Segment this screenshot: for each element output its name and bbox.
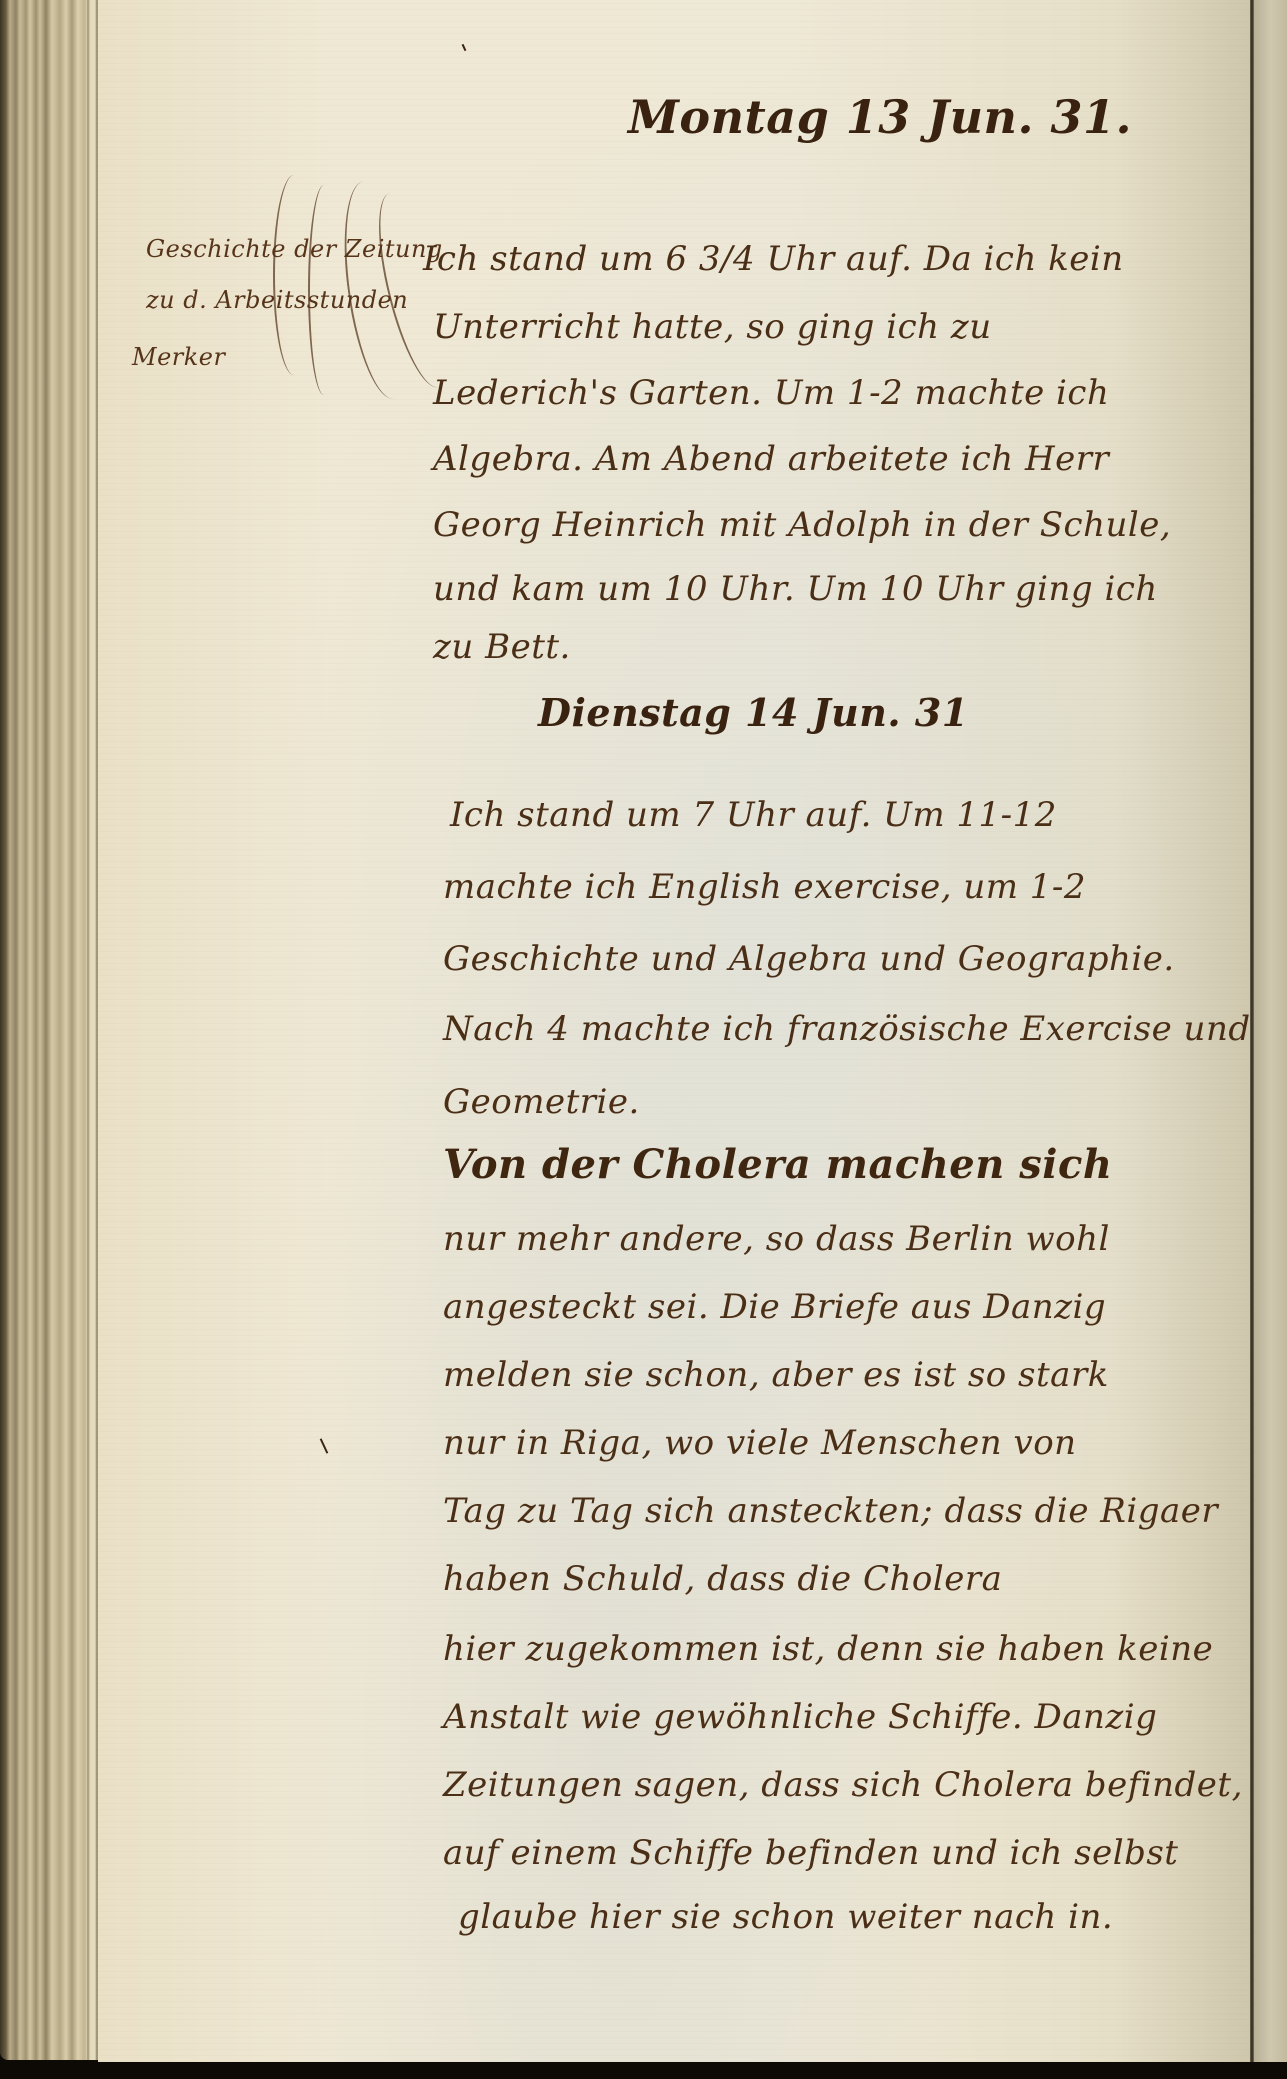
ink-speck	[320, 1438, 329, 1453]
book-page-edges	[0, 0, 100, 2060]
entry-line: haben Schuld, dass die Cholera	[443, 1562, 1002, 1596]
ink-speck	[462, 44, 467, 51]
entry-line: Zeitungen sagen, dass sich Cholera befin…	[443, 1768, 1243, 1802]
entry-line: machte ich English exercise, um 1-2	[443, 870, 1086, 904]
entry-heading: Dienstag 14 Jun. 31	[538, 690, 969, 735]
entry-line: Geschichte und Algebra und Geographie.	[443, 942, 1175, 976]
entry-line: Nach 4 machte ich französische Exercise …	[443, 1012, 1251, 1046]
entry-line: Geometrie.	[443, 1085, 640, 1119]
facing-page-edge	[1254, 0, 1287, 2062]
manuscript-scan: Geschichte der Zeitung zu d. Arbeitsstun…	[0, 0, 1287, 2079]
manuscript-leaf: Geschichte der Zeitung zu d. Arbeitsstun…	[98, 0, 1250, 2064]
entry-heading: Montag 13 Jun. 31.	[628, 90, 1132, 144]
entry-line: melden sie schon, aber es ist so stark	[443, 1358, 1109, 1392]
entry-line: hier zugekommen ist, denn sie haben kein…	[443, 1632, 1213, 1666]
entry-line: Tag zu Tag sich ansteckten; dass die Rig…	[443, 1494, 1218, 1528]
entry-line: zu Bett.	[433, 630, 571, 664]
entry-line-cholera: Von der Cholera machen sich	[443, 1148, 1112, 1182]
margin-note-line: Merker	[132, 345, 225, 369]
margin-note-line: Geschichte der Zeitung	[146, 237, 443, 261]
entry-line: Ich stand um 7 Uhr auf. Um 11-12	[450, 798, 1057, 832]
entry-line: Georg Heinrich mit Adolph in der Schule,	[433, 508, 1171, 542]
entry-line: und kam um 10 Uhr. Um 10 Uhr ging ich	[433, 572, 1158, 606]
entry-line: Anstalt wie gewöhnliche Schiffe. Danzig	[443, 1700, 1157, 1734]
entry-line: nur mehr andere, so dass Berlin wohl	[443, 1222, 1110, 1256]
entry-line: Unterricht hatte, so ging ich zu	[433, 310, 992, 344]
entry-line: auf einem Schiffe befinden und ich selbs…	[443, 1836, 1178, 1870]
entry-line: nur in Riga, wo viele Menschen von	[443, 1426, 1077, 1460]
entry-line: Algebra. Am Abend arbeitete ich Herr	[433, 442, 1109, 476]
entry-line: angesteckt sei. Die Briefe aus Danzig	[443, 1290, 1106, 1324]
entry-line: glaube hier sie schon weiter nach in.	[458, 1900, 1113, 1934]
scan-bottom-edge	[0, 2062, 1287, 2079]
entry-line: Ich stand um 6 3/4 Uhr auf. Da ich kein	[423, 242, 1124, 276]
entry-line: Lederich's Garten. Um 1-2 machte ich	[433, 376, 1109, 410]
margin-note-line: zu d. Arbeitsstunden	[146, 288, 408, 312]
